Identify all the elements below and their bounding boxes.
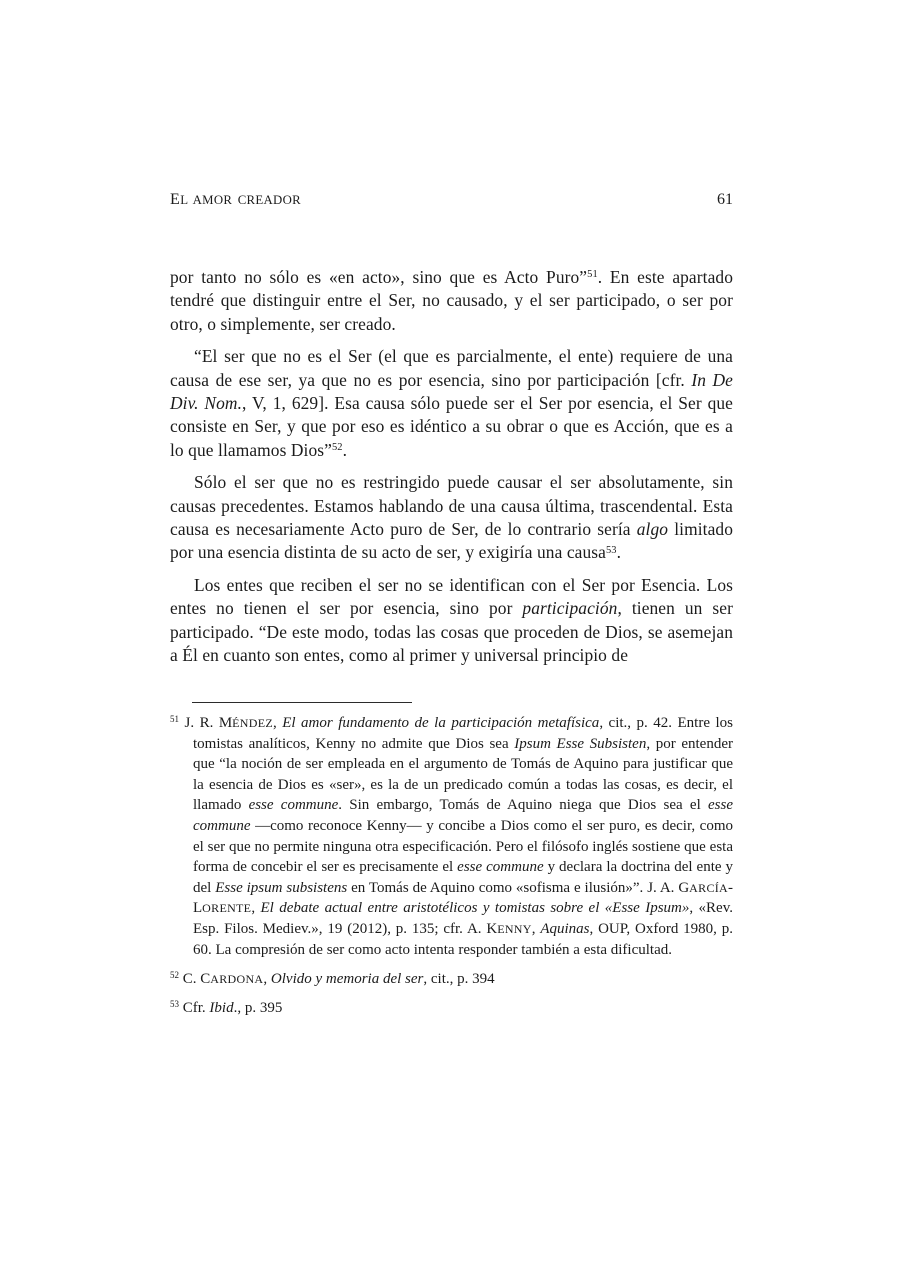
body-paragraph: Sólo el ser que no es restringido puede …: [170, 471, 733, 565]
body-paragraph: por tanto no sólo es «en acto», sino que…: [170, 266, 733, 336]
footnotes: 51 J. R. MÉNDEZ, El amor fundamento de l…: [170, 713, 733, 1027]
document-page: EL AMOR CREADOR 61 por tanto no sólo es …: [0, 0, 905, 1280]
body-paragraph: “El ser que no es el Ser (el que es parc…: [170, 345, 733, 462]
footnote: 52 C. CARDONA, Olvido y memoria del ser,…: [170, 969, 733, 990]
body-text: por tanto no sólo es «en acto», sino que…: [170, 266, 733, 677]
page-number: 61: [717, 191, 733, 209]
body-paragraph: Los entes que reciben el ser no se ident…: [170, 574, 733, 668]
running-header-title: EL AMOR CREADOR: [170, 191, 301, 209]
running-header: EL AMOR CREADOR 61: [170, 191, 733, 209]
footnote: 51 J. R. MÉNDEZ, El amor fundamento de l…: [170, 713, 733, 960]
footnote-separator: [192, 702, 412, 703]
footnote: 53 Cfr. Ibid., p. 395: [170, 998, 733, 1019]
